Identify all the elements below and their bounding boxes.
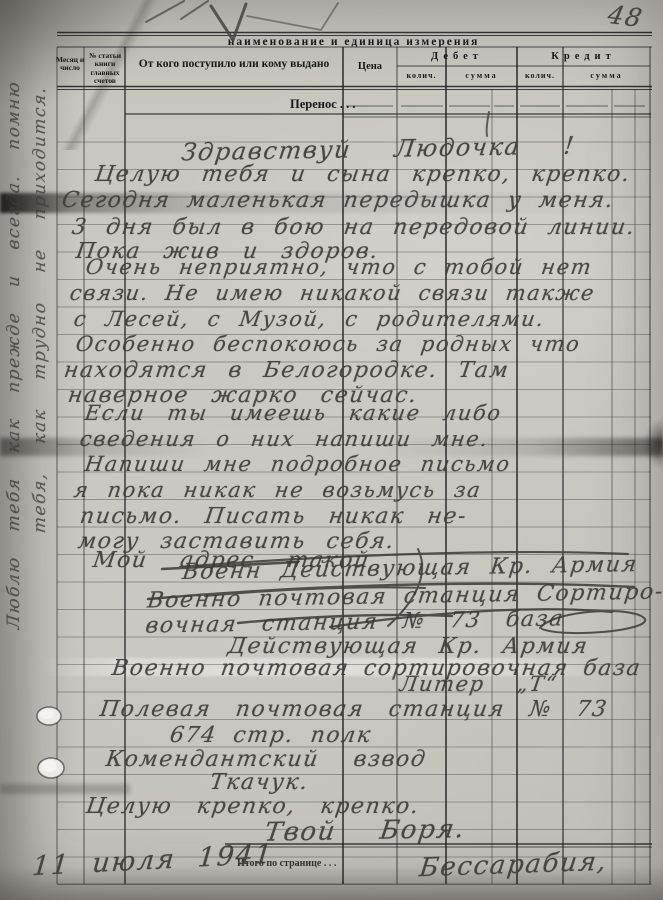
- form-col-month: Месяц и число: [55, 56, 85, 73]
- form-col-source: От кого поступило или кому выдано: [130, 58, 338, 71]
- letter-line-14: я пока никак не возьмусь за: [72, 478, 483, 502]
- letter-scan-page: наименование и единица измерения Месяц и…: [0, 0, 663, 900]
- letter-line-26: Комендантский взвод: [104, 747, 428, 772]
- margin-note-line-2: тебя, как трудно не приходится.: [30, 60, 50, 534]
- date-line: 11 июля 1941: [31, 839, 275, 883]
- form-carryover-label: Перенос . . .: [290, 97, 356, 111]
- letter-line-1: Целую тебя и сына крепко, крепко.: [93, 162, 632, 187]
- letter-line-23: Литер „Т“: [398, 672, 559, 696]
- letter-line-6: связи. Не имею никакой связи также: [68, 281, 597, 305]
- letter-line-8: Особенно беспокоюсь за родных что: [74, 332, 582, 356]
- punch-holes: [37, 707, 64, 778]
- form-col-article: № статьи книги главных счетов: [85, 52, 125, 86]
- margin-note-line-1: Люблю тебя как прежде и всегда. помню: [4, 28, 24, 630]
- form-col-debit-qty: колич.: [397, 72, 446, 81]
- letter-line-9: находятся в Белогородке. Там: [62, 358, 511, 383]
- form-col-debit-sum: сумма: [446, 72, 517, 81]
- letter-line-24: Полевая почтовая станция № 73: [98, 697, 609, 722]
- letter-line-22: Военно почтовая сортировочная база: [110, 656, 643, 681]
- letter-line-11: Если ты имеешь какие либо: [83, 401, 503, 425]
- letter-line-5: Очень неприятно, что с тобой нет: [84, 255, 594, 279]
- letter-line-7: с Лесей, с Музой, с родителями.: [72, 307, 546, 331]
- place-line: Бессарабия,: [418, 847, 610, 884]
- letter-line-12: сведения о них напиши мне.: [78, 427, 490, 451]
- form-band-title: наименование и единица измерения: [57, 36, 650, 49]
- form-col-credit-sum: сумма: [563, 72, 650, 81]
- form-col-debit: Дебет: [397, 51, 517, 63]
- letter-line-2: Сегодня маленькая передышка у меня.: [60, 188, 616, 213]
- form-col-price: Цена: [343, 61, 397, 73]
- letter-line-27: Ткачук.: [208, 770, 310, 795]
- signature: Твой Боря.: [263, 814, 468, 847]
- letter-line-25: 674 стр. полк: [168, 723, 373, 748]
- form-col-credit-qty: колич.: [517, 72, 563, 81]
- form-col-credit: Кредит: [517, 51, 650, 63]
- letter-line-3: 3 дня был в бою на передовой линии.: [70, 215, 637, 240]
- letter-line-13: Напиши мне подробное письмо: [83, 452, 512, 476]
- letter-line-15: письмо. Писать никак не-: [78, 504, 469, 529]
- page-number: 48: [605, 0, 646, 33]
- paper-crease-lower: [0, 784, 130, 794]
- paper-tear-right: [633, 412, 663, 476]
